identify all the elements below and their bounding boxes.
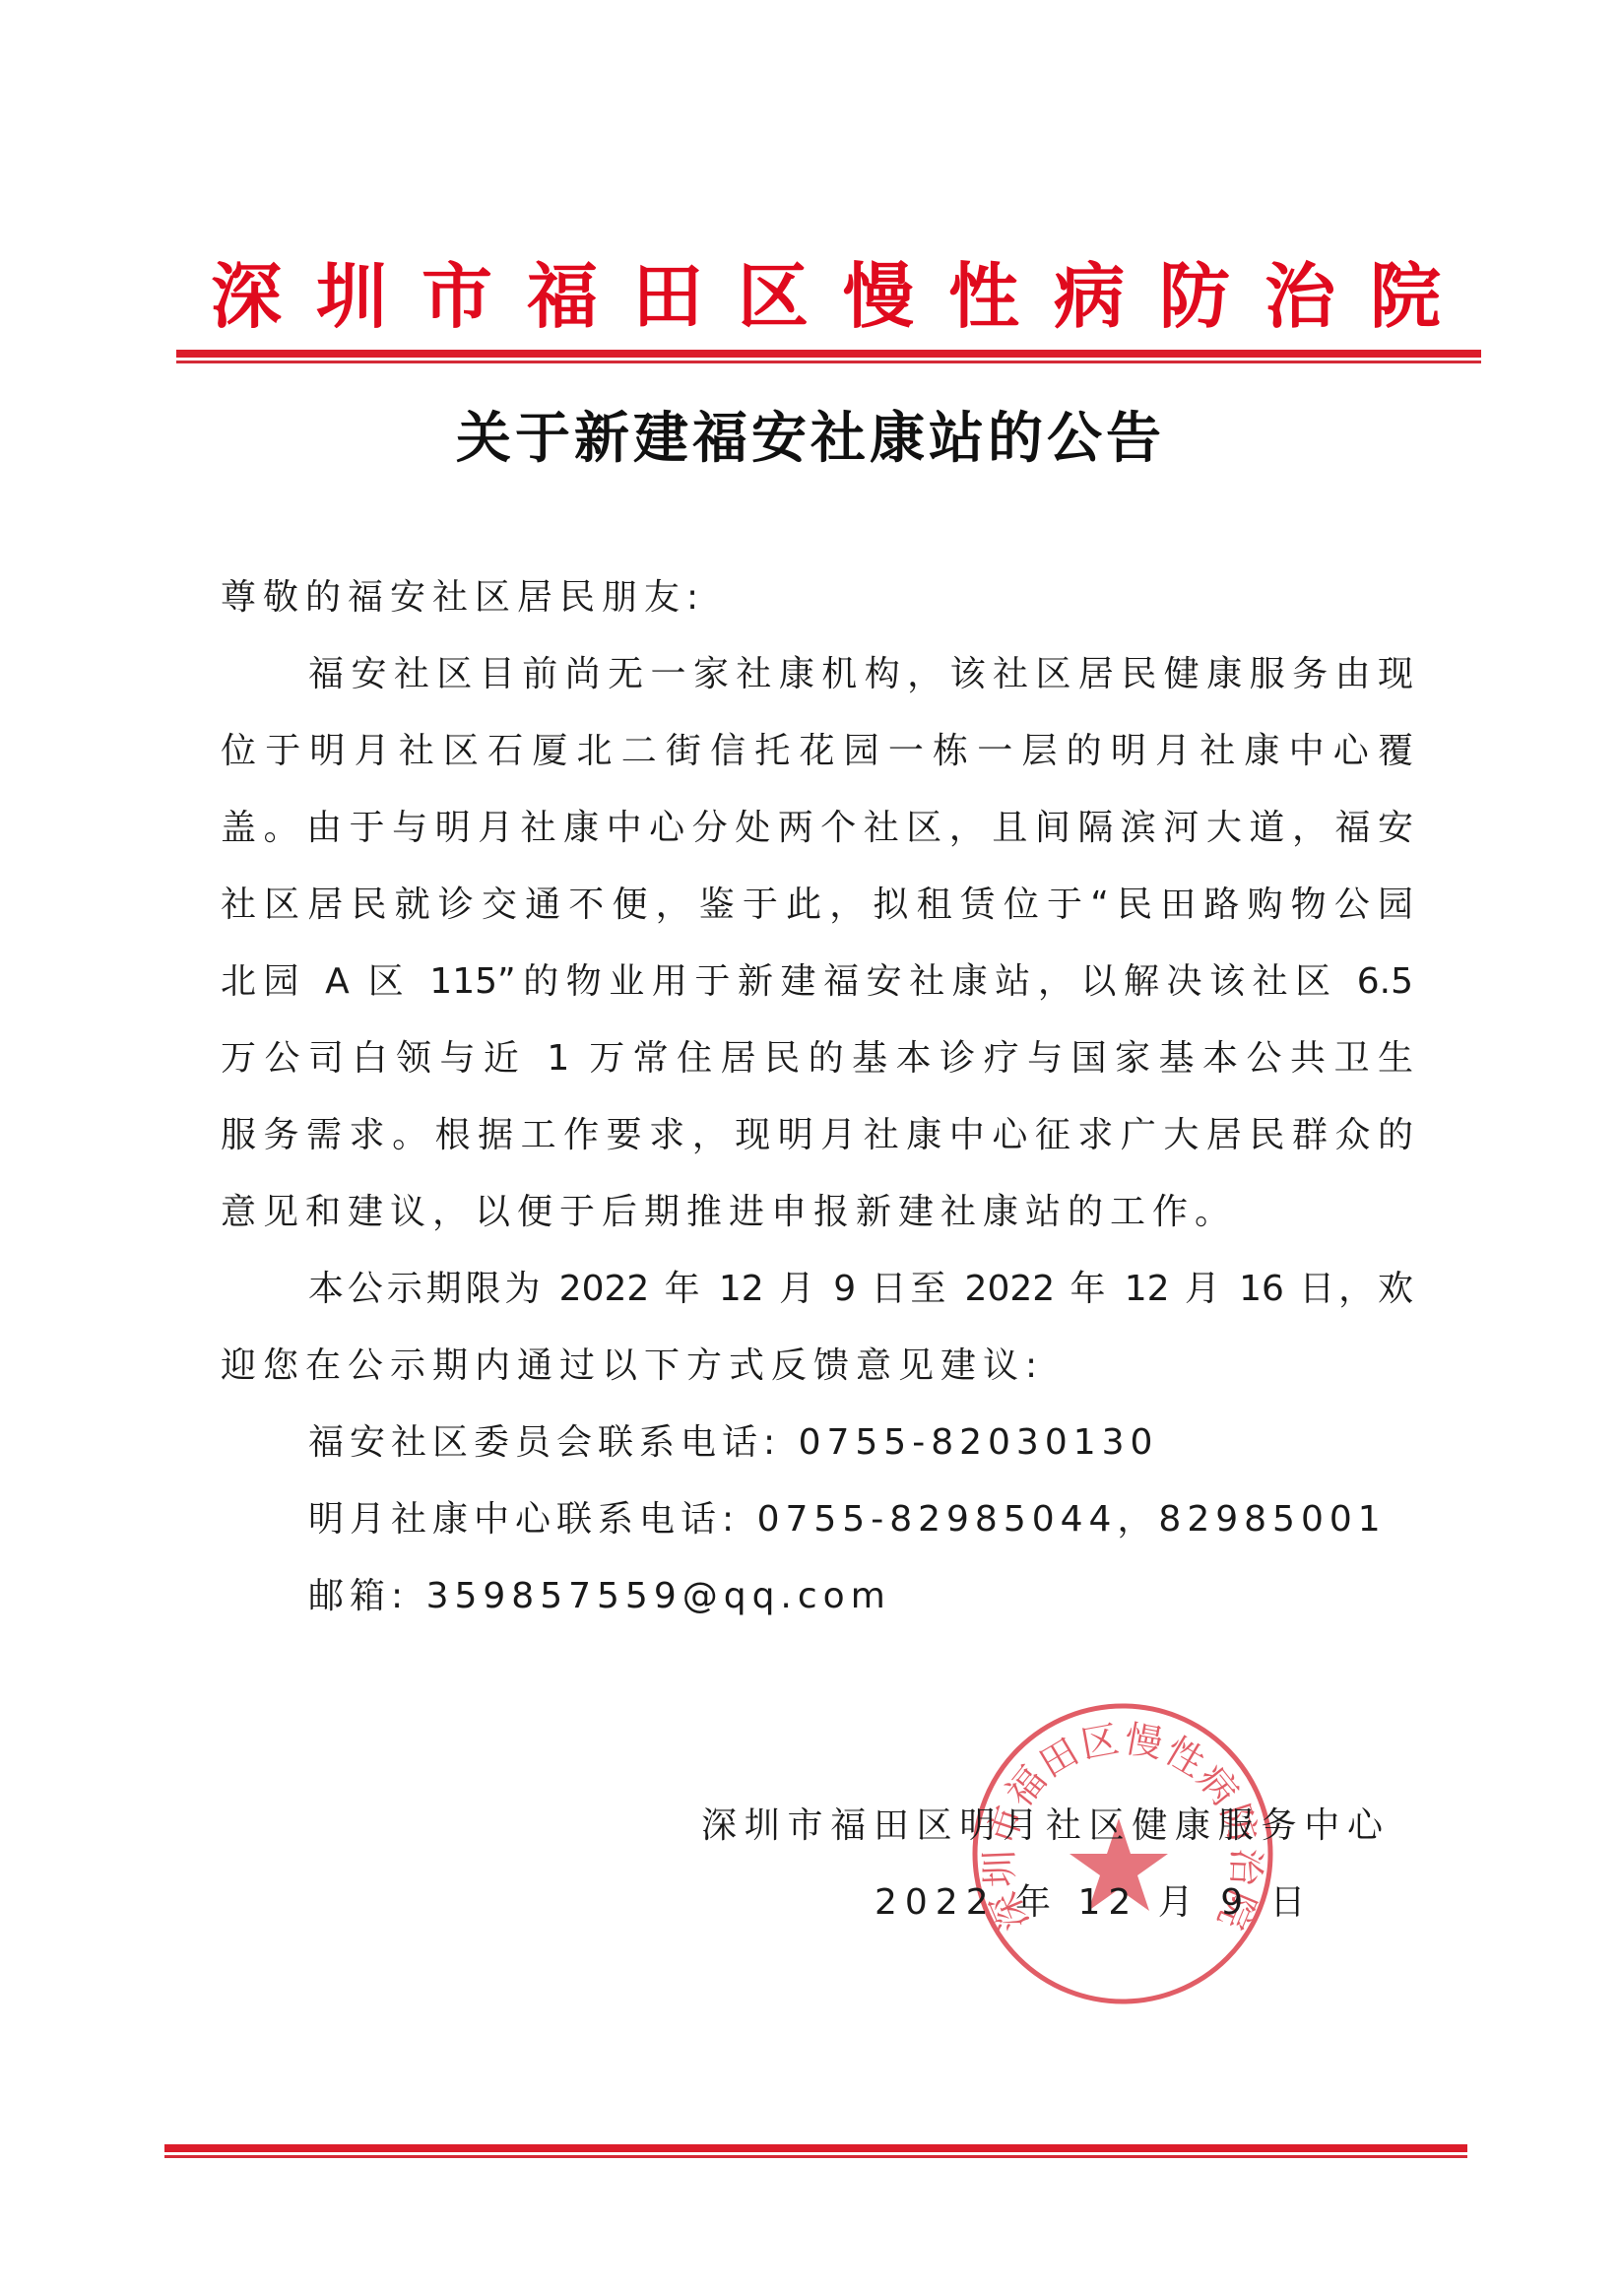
letterhead-divider [176,350,1481,363]
paragraph-line: 位于明月社区石厦北二街信托花园一栋一层的明月社康中心覆 [221,728,1413,775]
contact-label: 福安社区委员会联系电话: [308,1422,781,1463]
divider-thin-line [164,2155,1467,2158]
official-seal: 深圳市福田区慢性病防治院 [969,1700,1276,2007]
contact-health-center: 明月社康中心联系电话: 0755-82985044，82985001 [308,1496,1387,1543]
contact-label: 邮箱: [308,1576,409,1616]
paragraph-line: 福安社区目前尚无一家社康机构，该社区居民健康服务由现 [308,651,1413,698]
contact-email: 邮箱: 359857559@qq.com [308,1573,891,1620]
contact-phone: 0755-82985044，82985001 [757,1499,1387,1540]
paragraph-line: 社区居民就诊交通不便，鉴于此，拟租赁位于“民田路购物公园 [221,882,1413,929]
contact-phone: 0755-82030130 [799,1422,1159,1463]
issue-date: 2022 年 12 月 9 日 [875,1879,1314,1927]
paragraph-line: 北园 A 区 115”的物业用于新建福安社康站，以解决该社区 6.5 [221,958,1413,1006]
salutation: 尊敬的福安社区居民朋友: [221,574,1413,622]
paragraph-line: 万公司白领与近 1 万常住居民的基本诊疗与国家基本公共卫生 [221,1035,1413,1082]
divider-thick-line [164,2144,1467,2152]
issuer-signature: 深圳市福田区明月社区健康服务中心 [701,1803,1383,1850]
paragraph-line: 服务需求。根据工作要求，现明月社康中心征求广大居民群众的 [221,1112,1413,1159]
paragraph-line: 意见和建议，以便于后期推进申报新建社康站的工作。 [221,1189,1413,1236]
divider-thin-line [176,361,1481,363]
contact-email-address: 359857559@qq.com [426,1576,891,1616]
footer-divider [164,2144,1467,2158]
paragraph-line: 迎您在公示期内通过以下方式反馈意见建议: [221,1343,1413,1390]
letterhead-organization-name: 深圳市福田区慢性病防治院 [211,252,1402,341]
contact-community-committee: 福安社区委员会联系电话: 0755-82030130 [308,1419,1158,1467]
contact-label: 明月社康中心联系电话: [308,1499,740,1540]
notice-period-line: 本公示期限为 2022 年 12 月 9 日至 2022 年 12 月 16 日… [308,1266,1413,1313]
divider-thick-line [176,350,1481,358]
paragraph-line: 盖。由于与明月社康中心分处两个社区，且间隔滨河大道，福安 [221,805,1413,852]
document-title: 关于新建福安社康站的公告 [0,404,1621,473]
